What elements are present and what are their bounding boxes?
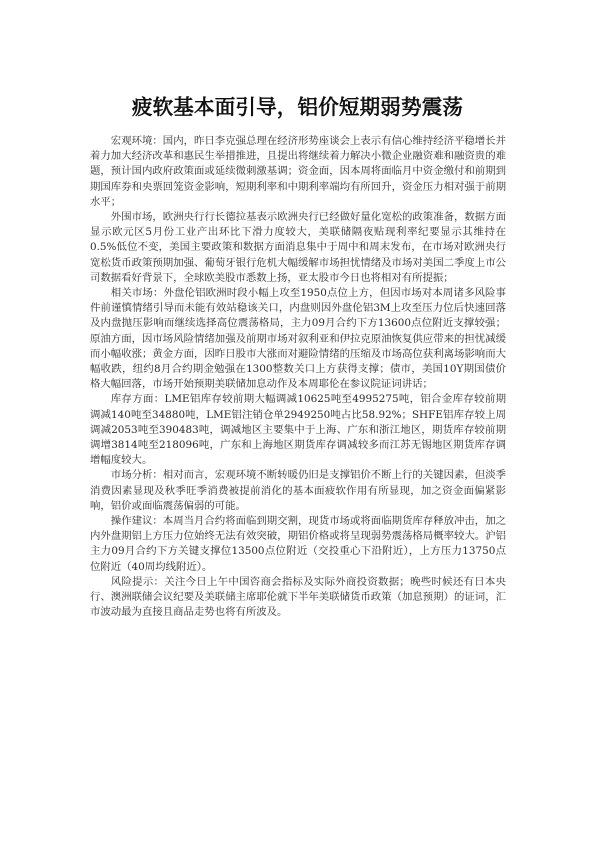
paragraph-inventory: 库存方面：LME铝库存较前期大幅调减10625吨至4995275吨，铝合金库存较… [90, 392, 506, 468]
paragraph-trading-advice: 操作建议：本周当月合约将面临到期交割，现货市场或将面临期货库存释放冲击，加之内外… [90, 514, 506, 575]
paragraph-related-markets: 相关市场：外盘伦铝欧洲时段小幅上攻至1950点位上方，但因市场对本周诸多风险事件… [90, 286, 506, 392]
paragraph-risk-warning: 风险提示：关注今日上午中国咨商会指标及实际外商投资数据；晚些时候还有日本央行、澳… [90, 575, 506, 621]
paragraph-macro-environment: 宏观环境：国内，昨日李克强总理在经济形势座谈会上表示有信心维持经济平稳增长并着力… [90, 134, 506, 210]
document-body: 宏观环境：国内，昨日李克强总理在经济形势座谈会上表示有信心维持经济平稳增长并着力… [90, 134, 506, 621]
paragraph-external-markets: 外围市场，欧洲央行行长德拉基表示欧洲央行已经做好量化宽松的政策准备，数据方面显示… [90, 210, 506, 286]
document-title: 疲软基本面引导，铝价短期弱势震荡 [0, 94, 595, 120]
document-page: 疲软基本面引导，铝价短期弱势震荡 宏观环境：国内，昨日李克强总理在经济形势座谈会… [0, 0, 595, 842]
paragraph-market-analysis: 市场分析：相对而言，宏观环境不断转暖仍旧是支撑铝价不断上行的关键因素，但淡季消费… [90, 468, 506, 514]
